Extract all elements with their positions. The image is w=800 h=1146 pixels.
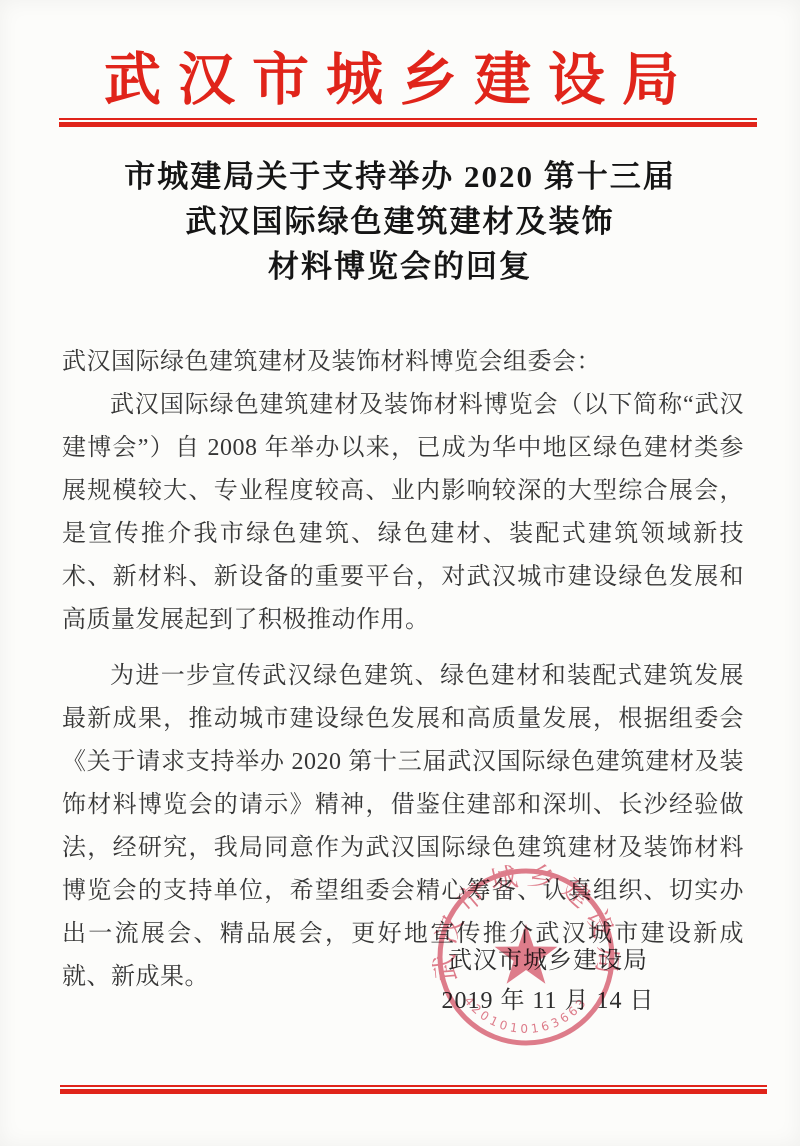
official-seal: 武汉市城乡建设局 4201010163663 bbox=[426, 857, 626, 1057]
body-paragraph-1: 武汉国际绿色建筑建材及装饰材料博览会（以下简称“武汉建博会”）自 2008 年举… bbox=[62, 384, 744, 642]
seal-star-icon bbox=[495, 924, 558, 984]
footer-divider-thin-line bbox=[60, 1085, 767, 1087]
document-title: 市城建局关于支持举办 2020 第十三届 武汉国际绿色建筑建材及装饰 材料博览会… bbox=[0, 154, 800, 289]
document-title-line-1: 市城建局关于支持举办 2020 第十三届 bbox=[0, 154, 800, 199]
footer-divider bbox=[60, 1085, 767, 1094]
letter-body: 武汉国际绿色建筑建材及装饰材料博览会组委会： 武汉国际绿色建筑建材及装饰材料博览… bbox=[62, 341, 744, 999]
footer-divider-thick-line bbox=[60, 1089, 767, 1094]
masthead-divider-thick-line bbox=[59, 122, 757, 127]
document-page: 武汉市城乡建设局 市城建局关于支持举办 2020 第十三届 武汉国际绿色建筑建材… bbox=[0, 0, 800, 1146]
document-title-line-3: 材料博览会的回复 bbox=[0, 244, 800, 289]
masthead-divider-thin-line bbox=[59, 118, 757, 120]
agency-masthead: 武汉市城乡建设局 bbox=[0, 34, 800, 116]
masthead-divider bbox=[59, 118, 757, 127]
document-title-line-2: 武汉国际绿色建筑建材及装饰 bbox=[0, 199, 800, 244]
salutation: 武汉国际绿色建筑建材及装饰材料博览会组委会： bbox=[62, 341, 744, 384]
